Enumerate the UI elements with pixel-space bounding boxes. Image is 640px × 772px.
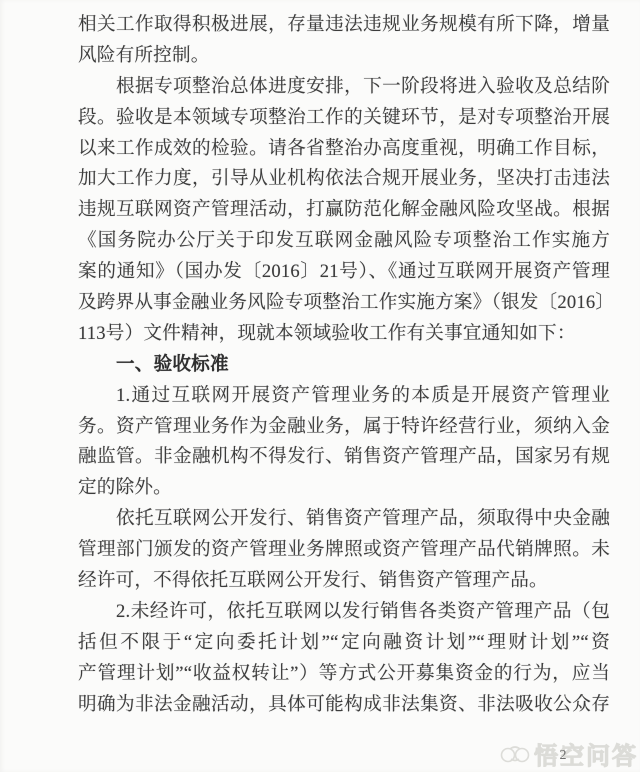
text-line: 管理部门颁发的资产管理业务牌照或资产管理产品代销牌照。未 bbox=[78, 535, 610, 566]
text-line: 2.未经许可，依托互联网以发行销售各类资产管理产品（包 bbox=[78, 597, 610, 628]
text-line: 风险有所控制。 bbox=[78, 41, 610, 72]
document-lines: 相关工作取得积极进展，存量违法违规业务规模有所下降，增量风险有所控制。根据专项整… bbox=[78, 10, 610, 720]
text-line: 113号）文件精神，现就本领域验收工作有关事宜通知如下： bbox=[78, 319, 610, 350]
text-line: 产管理计划”“收益权转让”）等方式公开募集资金的行为，应当 bbox=[78, 659, 610, 690]
section-heading: 一、验收标准 bbox=[78, 350, 610, 381]
text-line: 依托互联网公开发行、销售资产管理产品，须取得中央金融 bbox=[78, 504, 610, 535]
watermark-text: 悟空问答 bbox=[534, 736, 638, 771]
text-line: 括但不限于“定向委托计划”“定向融资计划”“理财计划”“资 bbox=[78, 628, 610, 659]
text-line: 违规互联网资产管理活动，打赢防范化解金融风险攻坚战。根据 bbox=[78, 195, 610, 226]
text-line: 相关工作取得积极进展，存量违法违规业务规模有所下降，增量 bbox=[78, 10, 610, 41]
text-line: 明确为非法金融活动，具体可能构成非法集资、非法吸收公众存 bbox=[78, 690, 610, 721]
text-line: 根据专项整治总体进度安排，下一阶段将进入验收及总结阶 bbox=[78, 72, 610, 103]
text-line: 融监管。非金融机构不得发行、销售资产管理产品，国家另有规 bbox=[78, 442, 610, 473]
text-line: 案的通知》（国办发〔2016〕21号）、《通过互联网开展资产管理 bbox=[78, 257, 610, 288]
document-page: 相关工作取得积极进展，存量违法违规业务规模有所下降，增量风险有所控制。根据专项整… bbox=[0, 0, 640, 772]
text-line: 段。验收是本领域专项整治工作的关键环节，是对专项整治开展 bbox=[78, 103, 610, 134]
page-number: 2 bbox=[553, 748, 573, 764]
text-line: 经许可，不得依托互联网公开发行、销售资产管理产品。 bbox=[78, 566, 610, 597]
text-line: 以来工作成效的检验。请各省整治办高度重视，明确工作目标， bbox=[78, 134, 610, 165]
text-line: 及跨界从事金融业务风险专项整治工作实施方案》（银发〔2016〕 bbox=[78, 288, 610, 319]
text-line: 《国务院办公厅关于印发互联网金融风险专项整治工作实施方 bbox=[78, 226, 610, 257]
text-line: 1.通过互联网开展资产管理业务的本质是开展资产管理业 bbox=[78, 381, 610, 412]
wukong-monkey-icon bbox=[500, 744, 530, 764]
text-line: 务。资产管理业务作为金融业务，属于特许经营行业，须纳入金 bbox=[78, 412, 610, 443]
text-line: 定的除外。 bbox=[78, 473, 610, 504]
text-line: 加大工作力度，引导从业机构依法合规开展业务，坚决打击违法 bbox=[78, 164, 610, 195]
